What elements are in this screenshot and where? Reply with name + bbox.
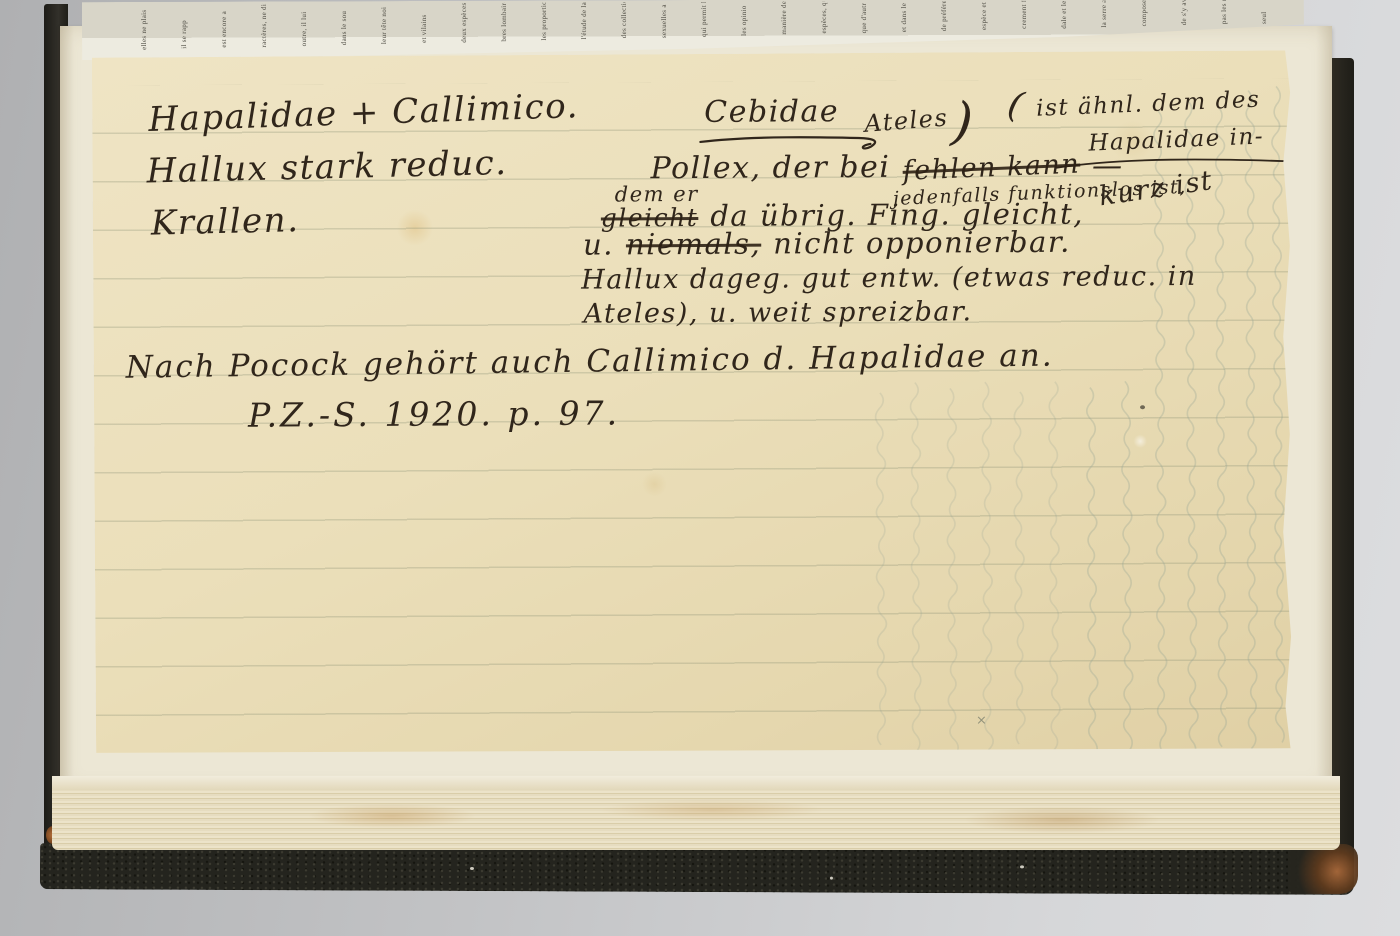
printed-fragment: espèce et au xyxy=(980,1,988,30)
handwriting-line5: Hallux dageg. gut entw. (etwas reduc. in xyxy=(581,263,1197,294)
pencil-x-mark: × xyxy=(976,714,988,727)
page-stack-fore-edge xyxy=(52,776,1340,850)
printed-fragment: la serre attr xyxy=(1100,1,1108,28)
printed-fragment: les opinio xyxy=(740,2,748,36)
handwriting-heading-cebidae: Cebidae xyxy=(704,97,839,128)
handwriting-left-line2: Hallux stark reduc. xyxy=(146,146,508,188)
handwriting-line4: u. niemals, nicht opponierbar. xyxy=(583,228,1071,260)
printed-fragment: que d'autr xyxy=(860,1,868,33)
printed-fragment: de s'y av xyxy=(1180,0,1188,25)
printed-fragment: sexuelles a xyxy=(660,2,668,38)
book-cover-bottom-edge xyxy=(40,843,1354,895)
printed-fragment: manière de re xyxy=(780,2,788,35)
printed-fragment: seul xyxy=(1260,0,1268,24)
struck-niemals: niemals, xyxy=(626,230,761,260)
handwriting-line6: Ateles), u. weit spreizbar. xyxy=(583,298,972,327)
printed-fragment: bres lombaires xyxy=(500,3,508,42)
printed-fragment: outre, il lui xyxy=(300,3,308,46)
printed-fragment: les proportio xyxy=(540,3,548,41)
printed-fragment: il se rapp xyxy=(180,4,188,49)
printed-fragment: et vilains xyxy=(420,3,428,43)
struck-fehlen-kann: fehlen kann xyxy=(902,151,1081,185)
line4-start: u. xyxy=(583,230,614,259)
handwriting-ateles: Ateles xyxy=(863,106,949,136)
printed-fragment: composent a xyxy=(1140,0,1148,26)
printed-fragment: dale et leur n xyxy=(1060,1,1068,29)
note-card: Hapalidae + Callimico. Hallux stark redu… xyxy=(92,50,1294,755)
dust-speck xyxy=(830,877,833,880)
handwriting-left-line3: Krallen. xyxy=(151,203,300,240)
dust-speck xyxy=(1020,865,1024,868)
page-curl-highlight xyxy=(52,776,1340,790)
printed-fragment: ractères, ne dif xyxy=(260,3,268,47)
printed-fragment: leur tête noi xyxy=(380,3,388,44)
handwriting-citation: P.Z.-S. 1920. p. 97. xyxy=(248,396,620,431)
printed-fragment: est encore a xyxy=(220,4,228,48)
printed-fragment: de préférenc xyxy=(940,1,948,31)
printed-fragment: et dans le m xyxy=(900,1,908,32)
printed-fragment: deux espèces xyxy=(460,3,468,43)
printed-fragment: pas les rem xyxy=(1220,0,1228,24)
handwriting-pollex-line: Pollex, der bei fehlen kann — xyxy=(650,151,1123,184)
dash: — xyxy=(1092,151,1124,181)
cover-corner-wear xyxy=(1288,844,1358,894)
line4-end: nicht opponierbar. xyxy=(773,228,1071,259)
dust-speck xyxy=(470,867,474,870)
printed-fragment: espèces, quoiq xyxy=(820,2,828,34)
printed-fragment: elles ne plais xyxy=(140,4,148,50)
printed-fragment: des collections xyxy=(620,2,628,38)
printed-fragment: dans le sou xyxy=(340,3,348,45)
pollex-text: Pollex, der bei xyxy=(650,153,890,184)
printed-fragment: qui permit le xyxy=(700,2,708,37)
printed-fragment: crement fémin xyxy=(1020,1,1028,29)
photograph-of-open-notebook: elles ne plaisil se rappest encore aract… xyxy=(0,0,1400,936)
ink-speck xyxy=(1140,405,1145,409)
printed-fragment: l'étude de la xyxy=(580,2,588,39)
